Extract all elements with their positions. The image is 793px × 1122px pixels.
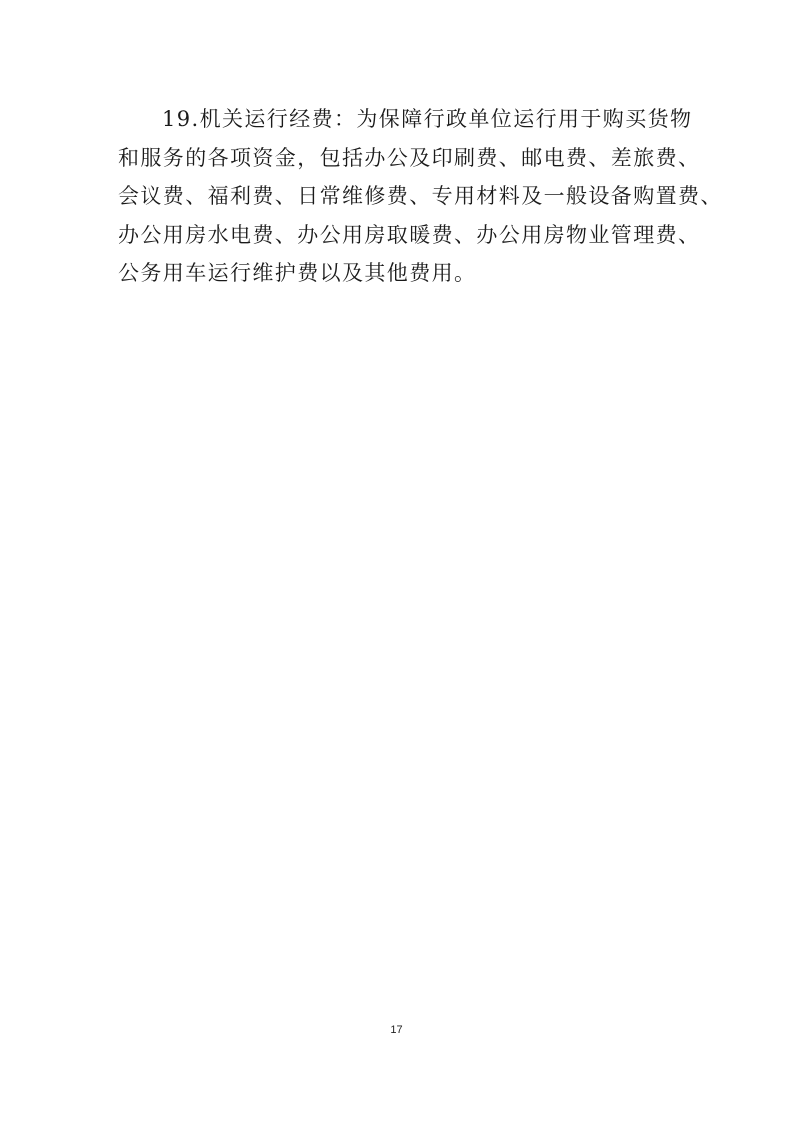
document-page: 19.机关运行经费：为保障行政单位运行用于购买货物 和服务的各项资金，包括办公及… — [0, 0, 793, 1122]
paragraph-line: 19.机关运行经费：为保障行政单位运行用于购买货物 — [118, 100, 684, 139]
page-number: 17 — [0, 1024, 793, 1036]
paragraph-line: 办公用房水电费、办公用房取暖费、办公用房物业管理费、 — [118, 216, 684, 255]
paragraph-item-19: 19.机关运行经费：为保障行政单位运行用于购买货物 和服务的各项资金，包括办公及… — [118, 100, 684, 293]
paragraph-line: 和服务的各项资金，包括办公及印刷费、邮电费、差旅费、 — [118, 139, 684, 178]
paragraph-line: 会议费、福利费、日常维修费、专用材料及一般设备购置费、 — [118, 177, 684, 216]
paragraph-line: 公务用车运行维护费以及其他费用。 — [118, 254, 684, 293]
